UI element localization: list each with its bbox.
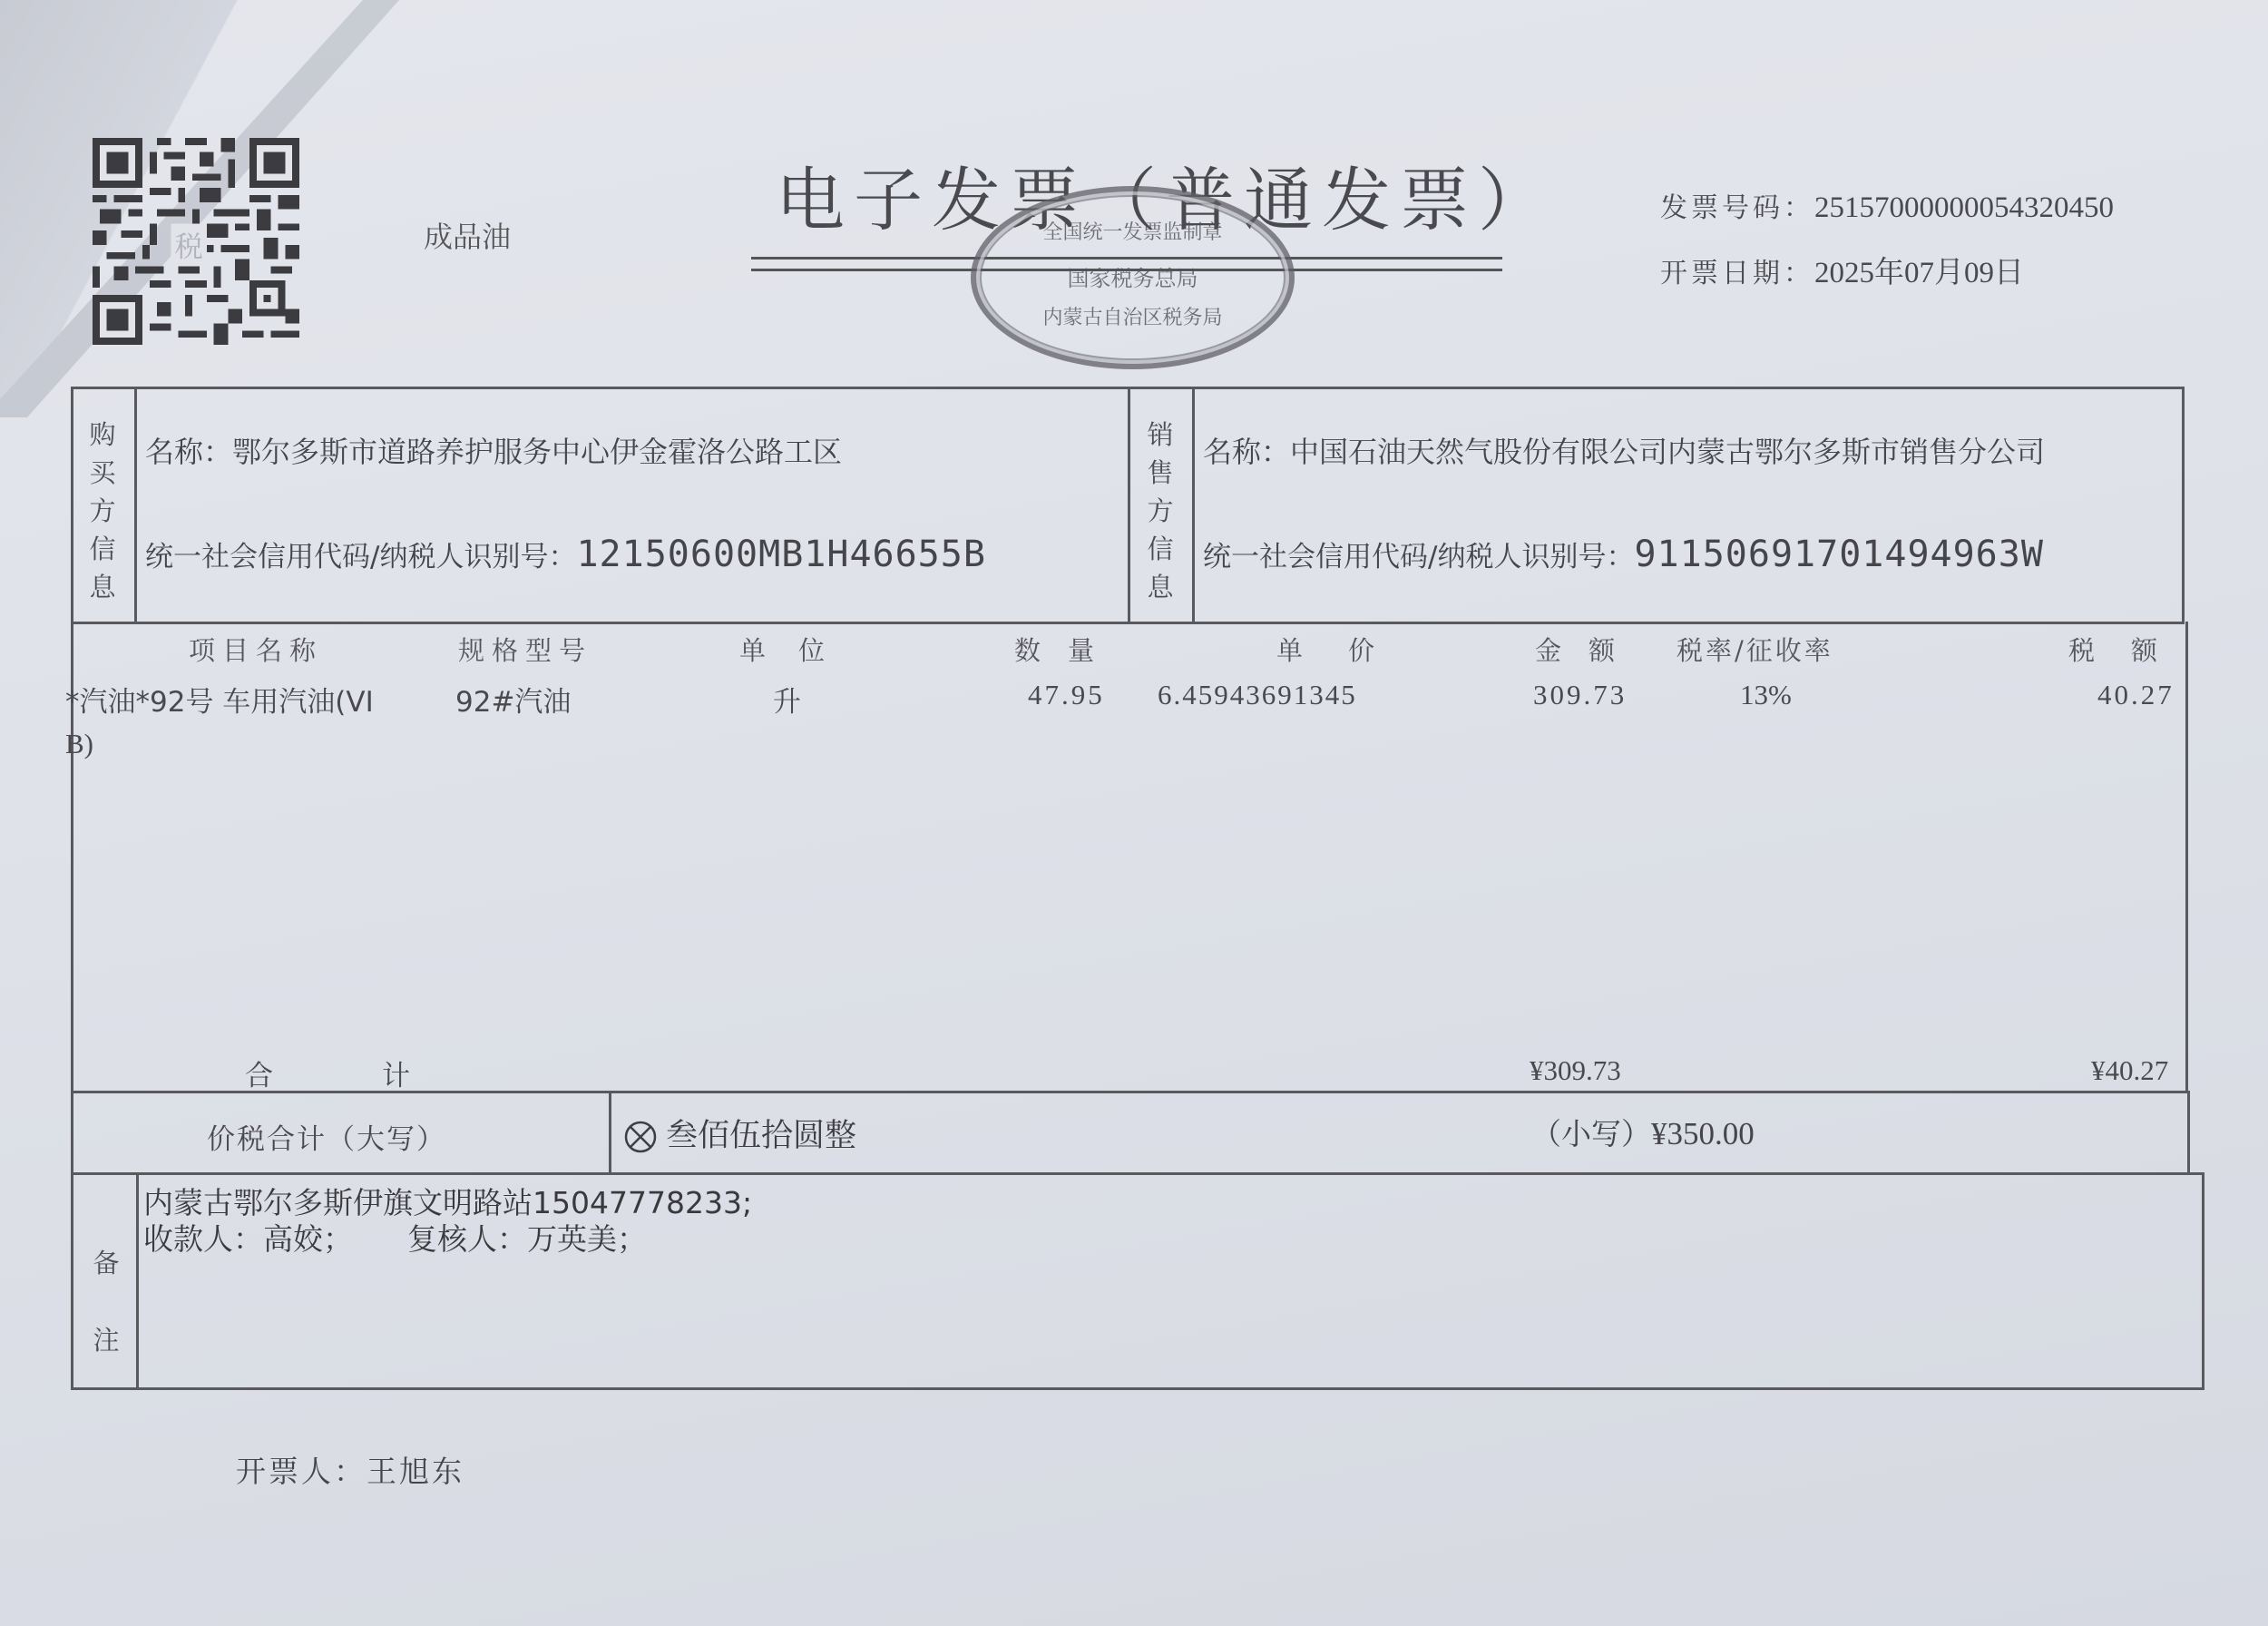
grand-total-words: 叁佰伍拾圆整 [624,1111,856,1156]
buyer-name-label: 名称： [145,435,232,469]
payee-label: 收款人： [143,1221,263,1257]
item-unit: 升 [773,679,801,720]
total-label: 合计 [245,1053,519,1093]
item-name: *汽油*92号 车用汽油(VI [65,679,374,720]
invoice-category: 成品油 [424,214,511,256]
qr-code-icon: 税 [93,136,299,347]
seller-taxid: 统一社会信用代码/纳税人识别号：91150691701494963W [1203,534,2044,575]
reviewer-label: 复核人： [407,1221,527,1257]
header-item-name: 项目名称 [189,631,323,668]
seller-taxid-value: 91150691701494963W [1634,534,2043,575]
buyer-taxid: 统一社会信用代码/纳税人识别号：12150600MB1H46655B [145,534,986,575]
grand-total-small: （小写）¥350.00 [1531,1111,1755,1153]
divider [134,387,137,624]
invoice-date: 开票日期：2025年07月09日 [1660,249,2024,291]
invoice-number-value: 25157000000054320450 [1814,191,2114,224]
items-section [71,622,2188,1093]
header-unit: 单位 [739,631,857,668]
remarks-signers: 收款人：高姣；复核人：万英美； [143,1221,647,1258]
buyer-name: 名称：鄂尔多斯市道路养护服务中心伊金霍洛公路工区 [145,429,842,471]
remarks-label: 备注 [85,1225,127,1379]
buyer-taxid-label: 统一社会信用代码/纳税人识别号： [145,541,576,573]
header-quantity: 数量 [1014,631,1121,668]
header-unit-price: 单价 [1276,631,1420,668]
invoice-date-value: 2025年07月09日 [1814,257,2024,289]
invoice-date-label: 开票日期： [1660,258,1814,289]
seller-section-label: 销售方信息 [1139,416,1181,606]
seal-top-text: 全国统一发票监制章 [976,217,1289,245]
seal-middle-text: 国家税务总局 [976,260,1289,292]
divider [136,1172,139,1390]
seller-name-label: 名称： [1203,435,1290,469]
item-unit-price: 6.45943691345 [1158,679,1357,711]
header-tax-rate: 税率/征收率 [1677,631,1833,668]
invoice-number-label: 发票号码： [1660,192,1814,224]
divider [1128,387,1130,624]
tax-bureau-seal: 全国统一发票监制章 国家税务总局 内蒙古自治区税务局 [971,186,1295,369]
seller-taxid-label: 统一社会信用代码/纳税人识别号： [1203,541,1634,573]
header-spec: 规格型号 [458,631,592,668]
invoice-number: 发票号码：25157000000054320450 [1660,185,2114,225]
grand-total-small-value: ¥350.00 [1651,1116,1755,1151]
divider [1192,387,1195,624]
item-tax: 40.27 [2097,679,2175,711]
remarks-line: 内蒙古鄂尔多斯伊旗文明路站15047778233; [143,1185,752,1221]
buyer-name-value: 鄂尔多斯市道路养护服务中心伊金霍洛公路工区 [232,435,842,469]
buyer-section-label: 购买方信息 [82,416,123,606]
seller-name: 名称：中国石油天然气股份有限公司内蒙古鄂尔多斯市销售分公司 [1203,429,2045,471]
qr-tax-label: 税 [174,231,202,264]
buyer-taxid-value: 12150600MB1H46655B [576,534,985,575]
header-tax: 税额 [2068,631,2194,668]
item-tax-rate: 13% [1740,679,1792,711]
grand-total-label: 价税合计（大写） [207,1116,446,1157]
item-name-continued: B) [65,728,93,760]
total-tax: ¥40.27 [2091,1054,2168,1087]
item-quantity: 47.95 [1028,679,1105,711]
issuer: 开票人：王旭东 [236,1448,464,1491]
payee-name: 高姣； [263,1221,353,1257]
issuer-label: 开票人： [236,1454,367,1489]
seller-name-value: 中国石油天然气股份有限公司内蒙古鄂尔多斯市销售分公司 [1290,435,2045,469]
grand-total-words-value: 叁佰伍拾圆整 [666,1118,856,1154]
reviewer-name: 万英美； [527,1221,647,1257]
seal-bottom-text: 内蒙古自治区税务局 [976,302,1289,330]
item-spec: 92#汽油 [455,679,571,720]
divider [609,1091,611,1175]
item-amount: 309.73 [1533,679,1627,711]
circled-x-icon [624,1121,657,1153]
total-amount: ¥309.73 [1530,1054,1621,1087]
issuer-name: 王旭东 [367,1454,464,1489]
grand-total-small-label: （小写） [1531,1116,1651,1151]
header-amount: 金额 [1535,631,1642,668]
